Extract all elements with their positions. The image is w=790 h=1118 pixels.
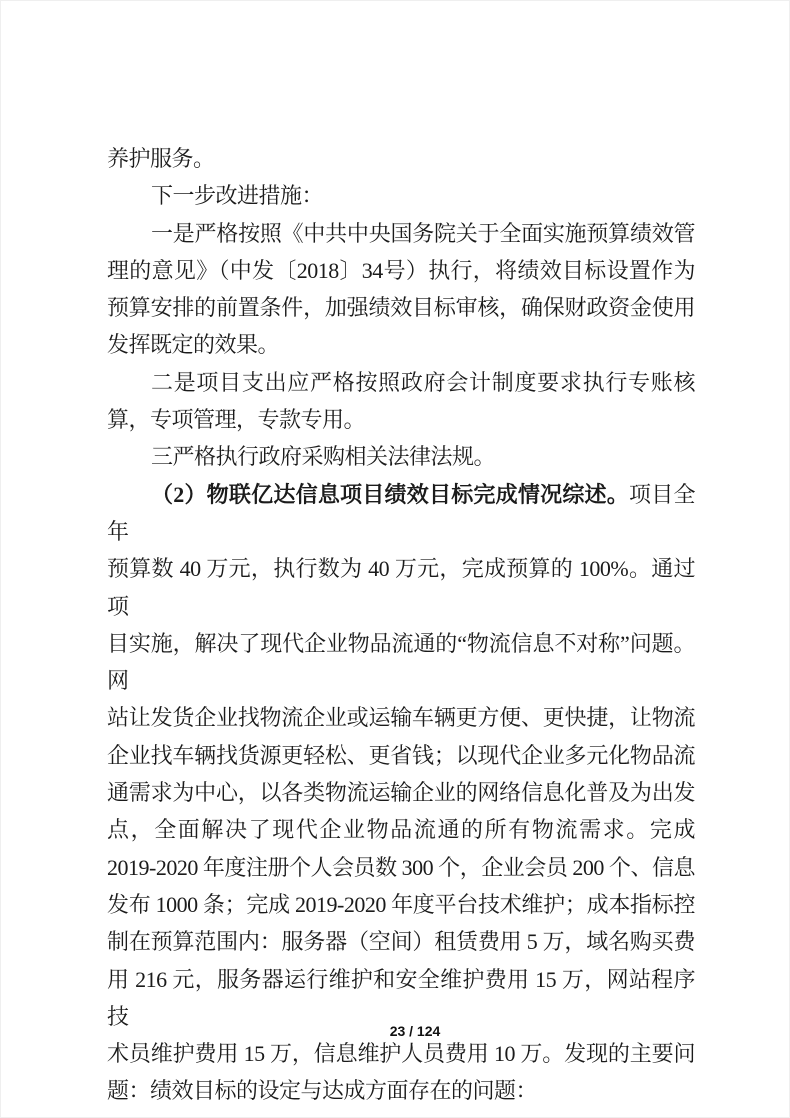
text-line: 点，全面解决了现代企业物品流通的所有物流需求。完成 — [107, 811, 695, 848]
text-line: 下一步改进措施： — [107, 177, 695, 214]
document-page: 养护服务。 下一步改进措施： 一是严格按照《中共中央国务院关于全面实施预算绩效管… — [0, 0, 790, 1118]
text-line: 养护服务。 — [107, 140, 695, 177]
text-line: 理的意见》（中发〔2018〕34号）执行，将绩效目标设置作为 — [107, 252, 695, 289]
text-line: 站让发货企业找物流企业或运输车辆更方便、更快捷，让物流 — [107, 699, 695, 736]
text-line: 一是严格按照《中共中央国务院关于全面实施预算绩效管 — [107, 215, 695, 252]
document-body: 养护服务。 下一步改进措施： 一是严格按照《中共中央国务院关于全面实施预算绩效管… — [107, 140, 695, 1110]
section-heading: （2）物联亿达信息项目绩效目标完成情况综述。 — [151, 482, 629, 507]
text-line: 二是项目支出应严格按照政府会计制度要求执行专账核 — [107, 364, 695, 401]
text-line: 2019-2020 年度注册个人会员数 300 个，企业会员 200 个、信息 — [107, 849, 695, 886]
text-line: 企业找车辆找货源更轻松、更省钱；以现代企业多元化物品流 — [107, 737, 695, 774]
text-line: 通需求为中心，以各类物流运输企业的网络信息化普及为出发 — [107, 774, 695, 811]
page-number: 23 / 124 — [390, 1023, 441, 1039]
page-footer: 23 / 124 — [1, 1023, 789, 1041]
text-line: 三严格执行政府采购相关法律法规。 — [107, 438, 695, 475]
text-line: 目实施，解决了现代企业物品流通的“物流信息不对称”问题。网 — [107, 625, 695, 700]
text-line: 算，专项管理，专款专用。 — [107, 401, 695, 438]
text-line: 发挥既定的效果。 — [107, 326, 695, 363]
section-heading-line: （2）物联亿达信息项目绩效目标完成情况综述。项目全年 — [107, 476, 695, 551]
text-line: 制在预算范围内：服务器（空间）租赁费用 5 万，域名购买费 — [107, 923, 695, 960]
text-line: 题：绩效目标的设定与达成方面存在的问题： — [107, 1072, 695, 1109]
text-line: 预算安排的前置条件，加强绩效目标审核，确保财政资金使用 — [107, 289, 695, 326]
text-line: 预算数 40 万元，执行数为 40 万元，完成预算的 100%。通过项 — [107, 550, 695, 625]
text-line: 发布 1000 条；完成 2019-2020 年度平台技术维护；成本指标控 — [107, 886, 695, 923]
